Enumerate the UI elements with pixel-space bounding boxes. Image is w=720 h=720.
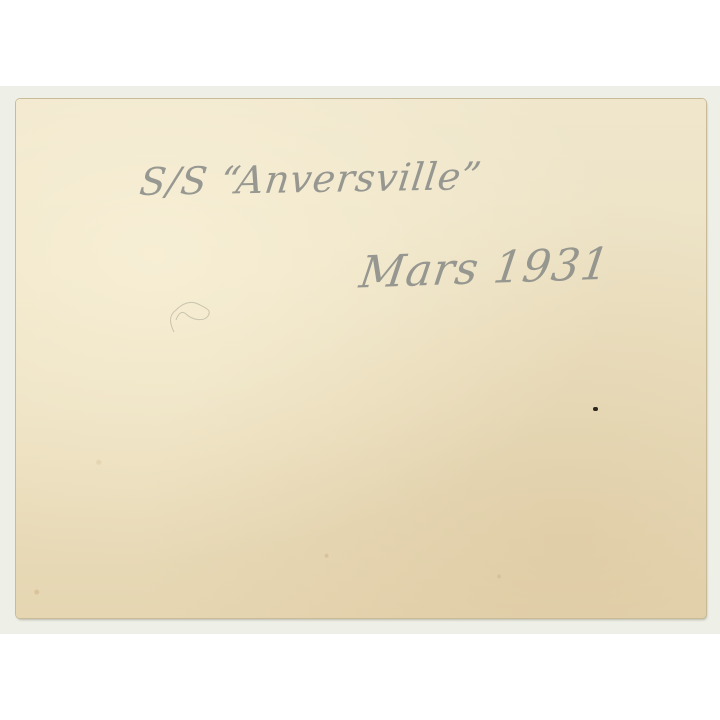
ink-speck xyxy=(593,407,598,411)
faint-pencil-mark xyxy=(162,296,222,336)
inscription-ship-name: S/S “Anversville” xyxy=(137,154,484,204)
inscription-date: Mars 1931 xyxy=(356,238,613,298)
